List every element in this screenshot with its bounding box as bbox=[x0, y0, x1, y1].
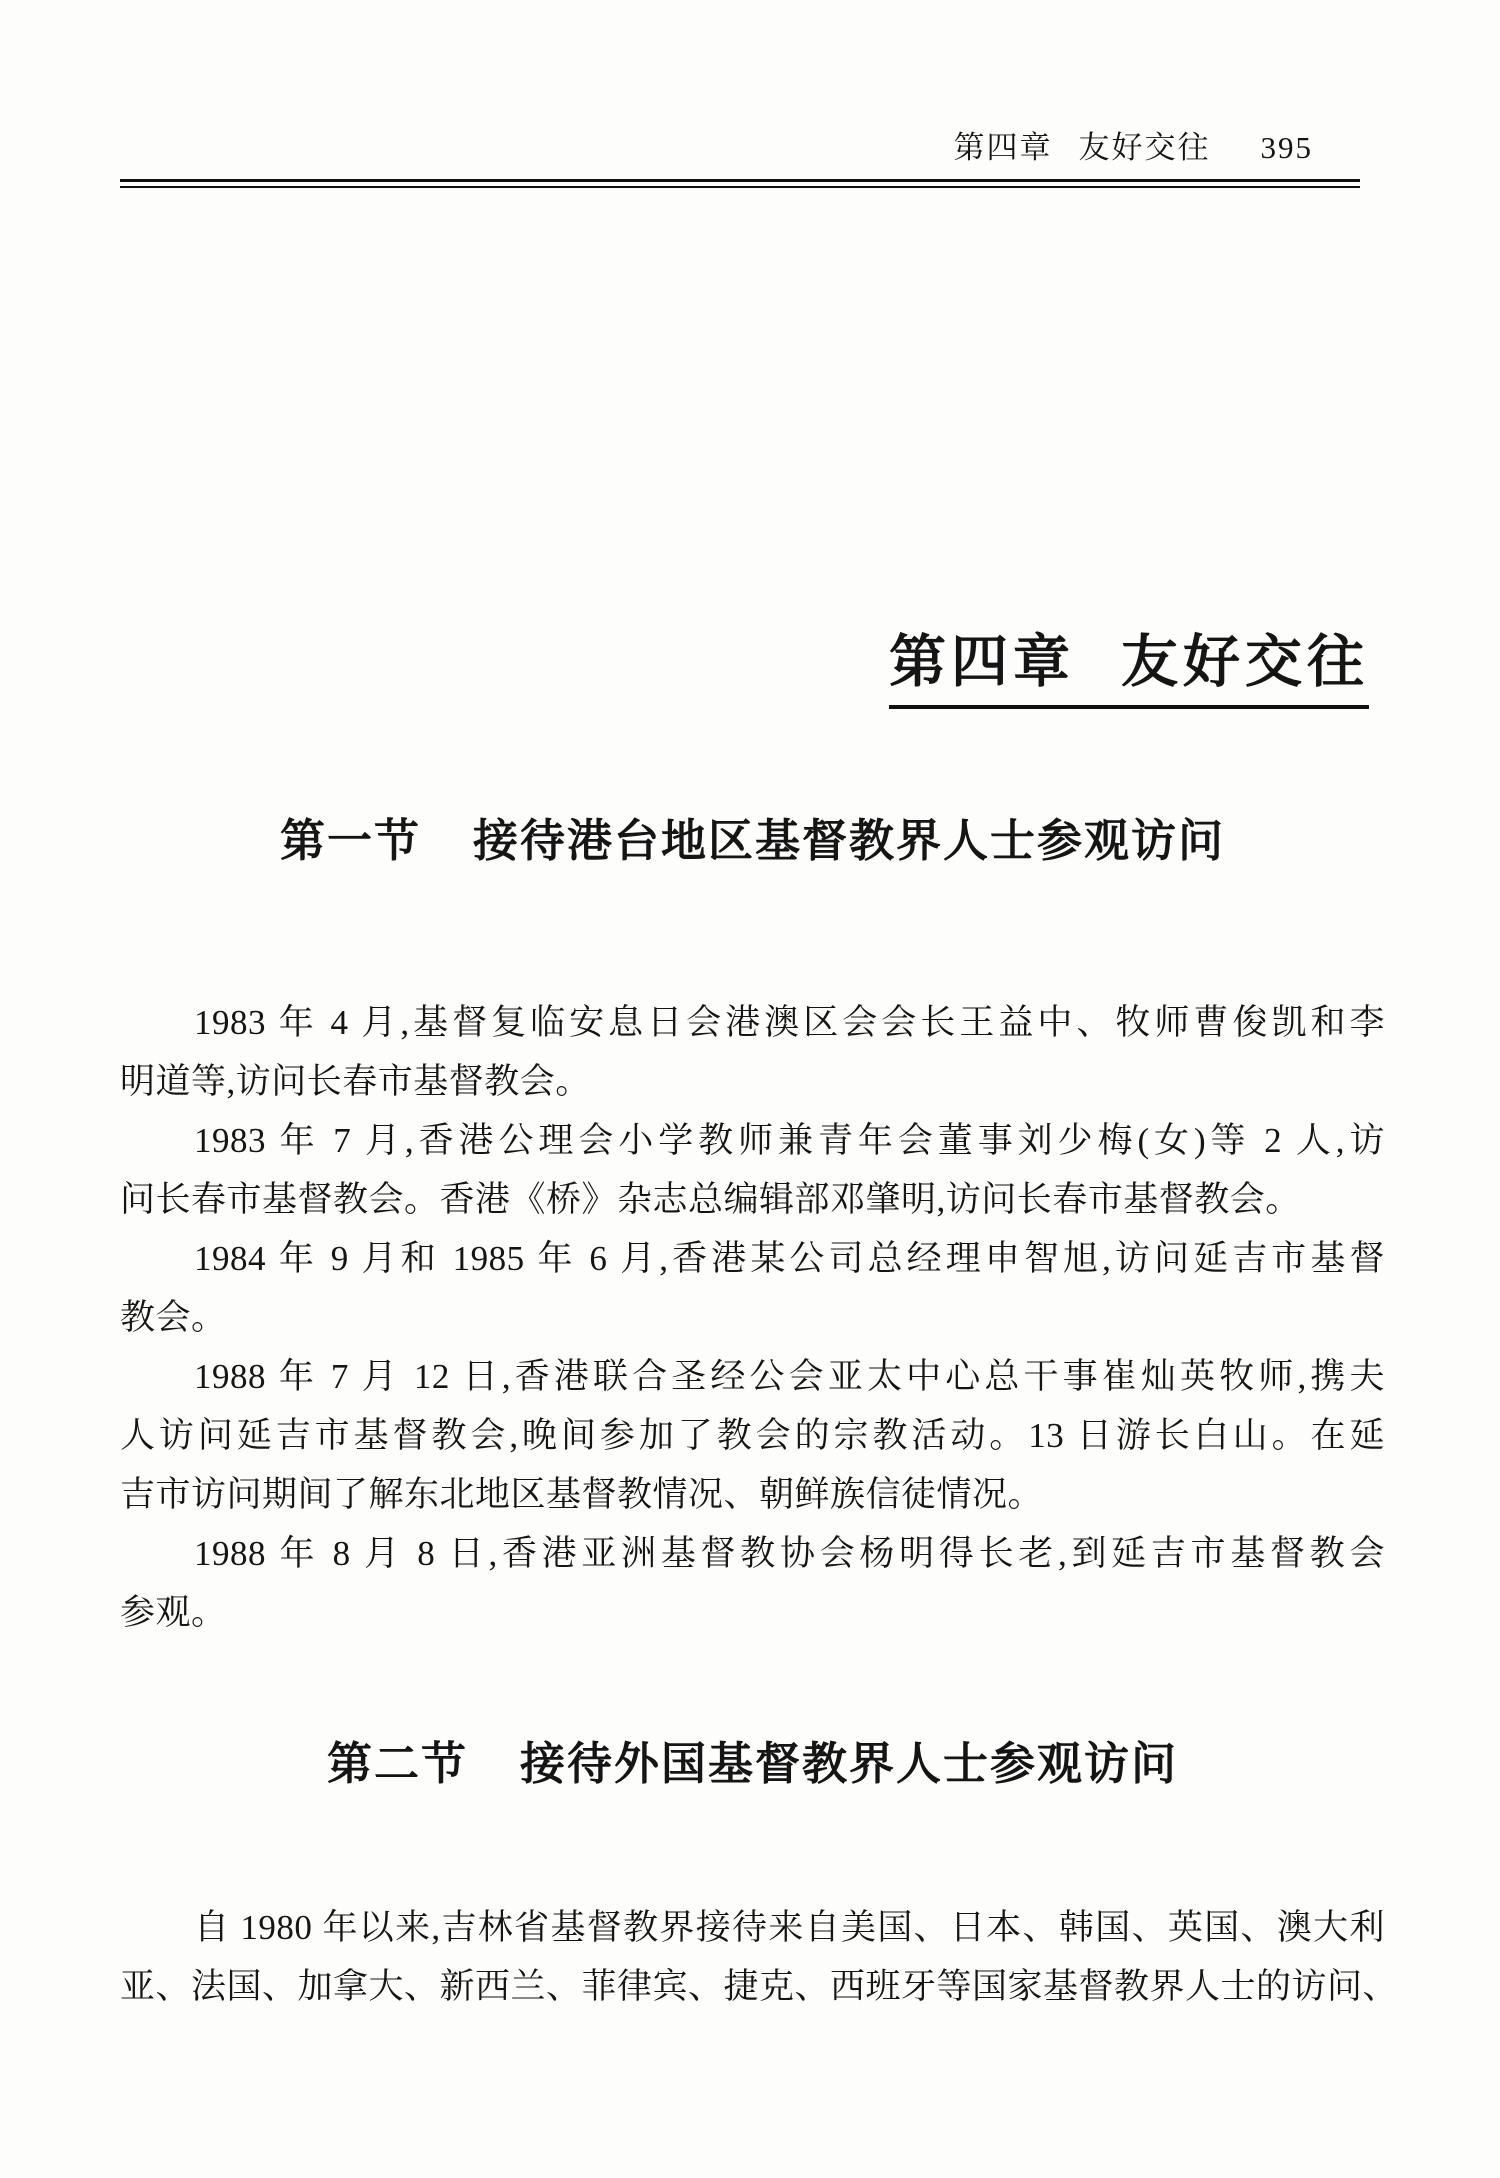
paragraph: 1984 年 9 月和 1985 年 6 月,香港某公司总经理申智旭,访问延吉市… bbox=[120, 1229, 1385, 1347]
paragraph: 1988 年 7 月 12 日,香港联合圣经公会亚太中心总干事崔灿英牧师,携夫人… bbox=[120, 1347, 1385, 1524]
body-line: 亚、法国、加拿大、新西兰、菲律宾、捷克、西班牙等国家基督教界人士的访问、 bbox=[120, 1957, 1385, 2016]
section-title-text: 接待港台地区基督教界人士参观访问 bbox=[473, 816, 1225, 866]
chapter-heading-label: 第四章 bbox=[889, 631, 1075, 694]
body-line: 明道等,访问长春市基督教会。 bbox=[120, 1052, 1385, 1111]
body-line: 1983 年 7 月,香港公理会小学教师兼青年会董事刘少梅(女)等 2 人,访 bbox=[120, 1111, 1385, 1170]
section-title: 第一节接待港台地区基督教界人士参观访问 bbox=[120, 815, 1385, 867]
page-header: 第四章友好交往395 bbox=[0, 0, 1500, 188]
paragraph: 1983 年 7 月,香港公理会小学教师兼青年会董事刘少梅(女)等 2 人,访问… bbox=[120, 1111, 1385, 1229]
section-label: 第一节 bbox=[280, 816, 421, 866]
body-line: 1988 年 7 月 12 日,香港联合圣经公会亚太中心总干事崔灿英牧师,携夫 bbox=[120, 1347, 1385, 1406]
paragraph: 1988 年 8 月 8 日,香港亚洲基督教协会杨明得长老,到延吉市基督教会参观… bbox=[120, 1524, 1385, 1642]
document-page: 第四章友好交往395 第四章友好交往 第一节接待港台地区基督教界人士参观访问19… bbox=[0, 0, 1500, 2178]
body-line: 问长春市基督教会。香港《桥》杂志总编辑部邓肇明,访问长春市基督教会。 bbox=[120, 1170, 1385, 1229]
section-title-text: 接待外国基督教界人士参观访问 bbox=[520, 1739, 1178, 1789]
running-header: 第四章友好交往395 bbox=[0, 0, 1500, 166]
section-title: 第二节接待外国基督教界人士参观访问 bbox=[120, 1738, 1385, 1790]
body-line: 人访问延吉市基督教会,晚间参加了教会的宗教活动。13 日游长白山。在延 bbox=[120, 1406, 1385, 1465]
body-line: 1983 年 4 月,基督复临安息日会港澳区会会长王益中、牧师曹俊凯和李 bbox=[120, 993, 1385, 1052]
body-line: 1984 年 9 月和 1985 年 6 月,香港某公司总经理申智旭,访问延吉市… bbox=[120, 1229, 1385, 1288]
body-line: 1988 年 8 月 8 日,香港亚洲基督教协会杨明得长老,到延吉市基督教会 bbox=[120, 1524, 1385, 1583]
header-chapter-label: 第四章 bbox=[954, 130, 1053, 165]
section-label: 第二节 bbox=[327, 1739, 468, 1789]
header-page-number: 395 bbox=[1261, 130, 1314, 165]
chapter-heading-title: 友好交往 bbox=[1121, 631, 1369, 694]
body-line: 吉市访问期间了解东北地区基督教情况、朝鲜族信徒情况。 bbox=[120, 1465, 1385, 1524]
sections: 第一节接待港台地区基督教界人士参观访问1983 年 4 月,基督复临安息日会港澳… bbox=[120, 815, 1385, 2016]
body-line: 自 1980 年以来,吉林省基督教界接待来自美国、日本、韩国、英国、澳大利 bbox=[120, 1898, 1385, 1957]
header-chapter-title: 友好交往 bbox=[1079, 130, 1211, 165]
chapter-heading-underline: 第四章友好交往 bbox=[889, 630, 1369, 709]
body-line: 教会。 bbox=[120, 1288, 1385, 1347]
body-line: 参观。 bbox=[120, 1583, 1385, 1642]
paragraph: 1983 年 4 月,基督复临安息日会港澳区会会长王益中、牧师曹俊凯和李明道等,… bbox=[120, 993, 1385, 1111]
chapter-heading: 第四章友好交往 bbox=[120, 630, 1385, 709]
paragraph: 自 1980 年以来,吉林省基督教界接待来自美国、日本、韩国、英国、澳大利亚、法… bbox=[120, 1898, 1385, 2016]
header-rule bbox=[120, 179, 1360, 188]
page-content: 第四章友好交往 第一节接待港台地区基督教界人士参观访问1983 年 4 月,基督… bbox=[120, 630, 1385, 2016]
